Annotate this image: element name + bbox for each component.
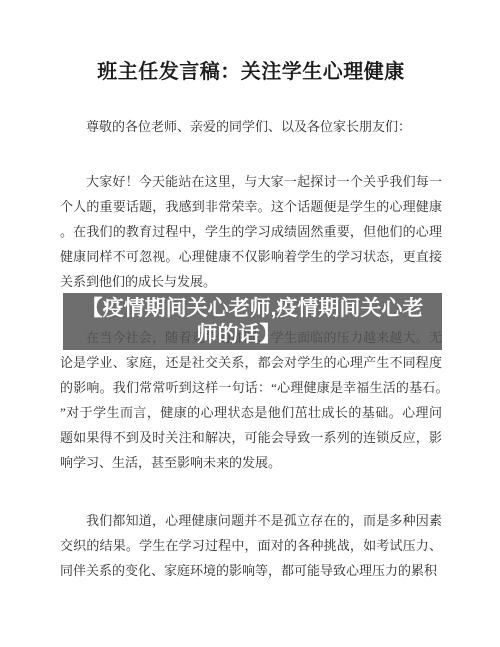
ad-overlay-banner[interactable]: 【疫情期间关心老师,疫情期间关心老 师的话】: [63, 293, 442, 350]
ad-overlay-banner-text-line-2: 师的话】: [197, 322, 281, 348]
salutation-line: 尊敬的各位老师、亲爱的同学们、以及各位家长朋友们：: [60, 114, 442, 139]
ad-overlay-banner-text-line-1: 【疫情期间关心老师,疫情期间关心老: [82, 296, 424, 322]
paragraph-1: 大家好！今天能站在这里，与大家一起探讨一个关乎我们每一个人的重要话题，我感到非常…: [60, 169, 442, 294]
document-title: 班主任发言稿：关注学生心理健康: [60, 59, 442, 86]
document-page: 班主任发言稿：关注学生心理健康 尊敬的各位老师、亲爱的同学们、以及各位家长朋友们…: [0, 0, 500, 647]
paragraph-3: 我们都知道，心理健康问题并不是孤立存在的，而是多种因素交织的结果。学生在学习过程…: [60, 508, 442, 583]
